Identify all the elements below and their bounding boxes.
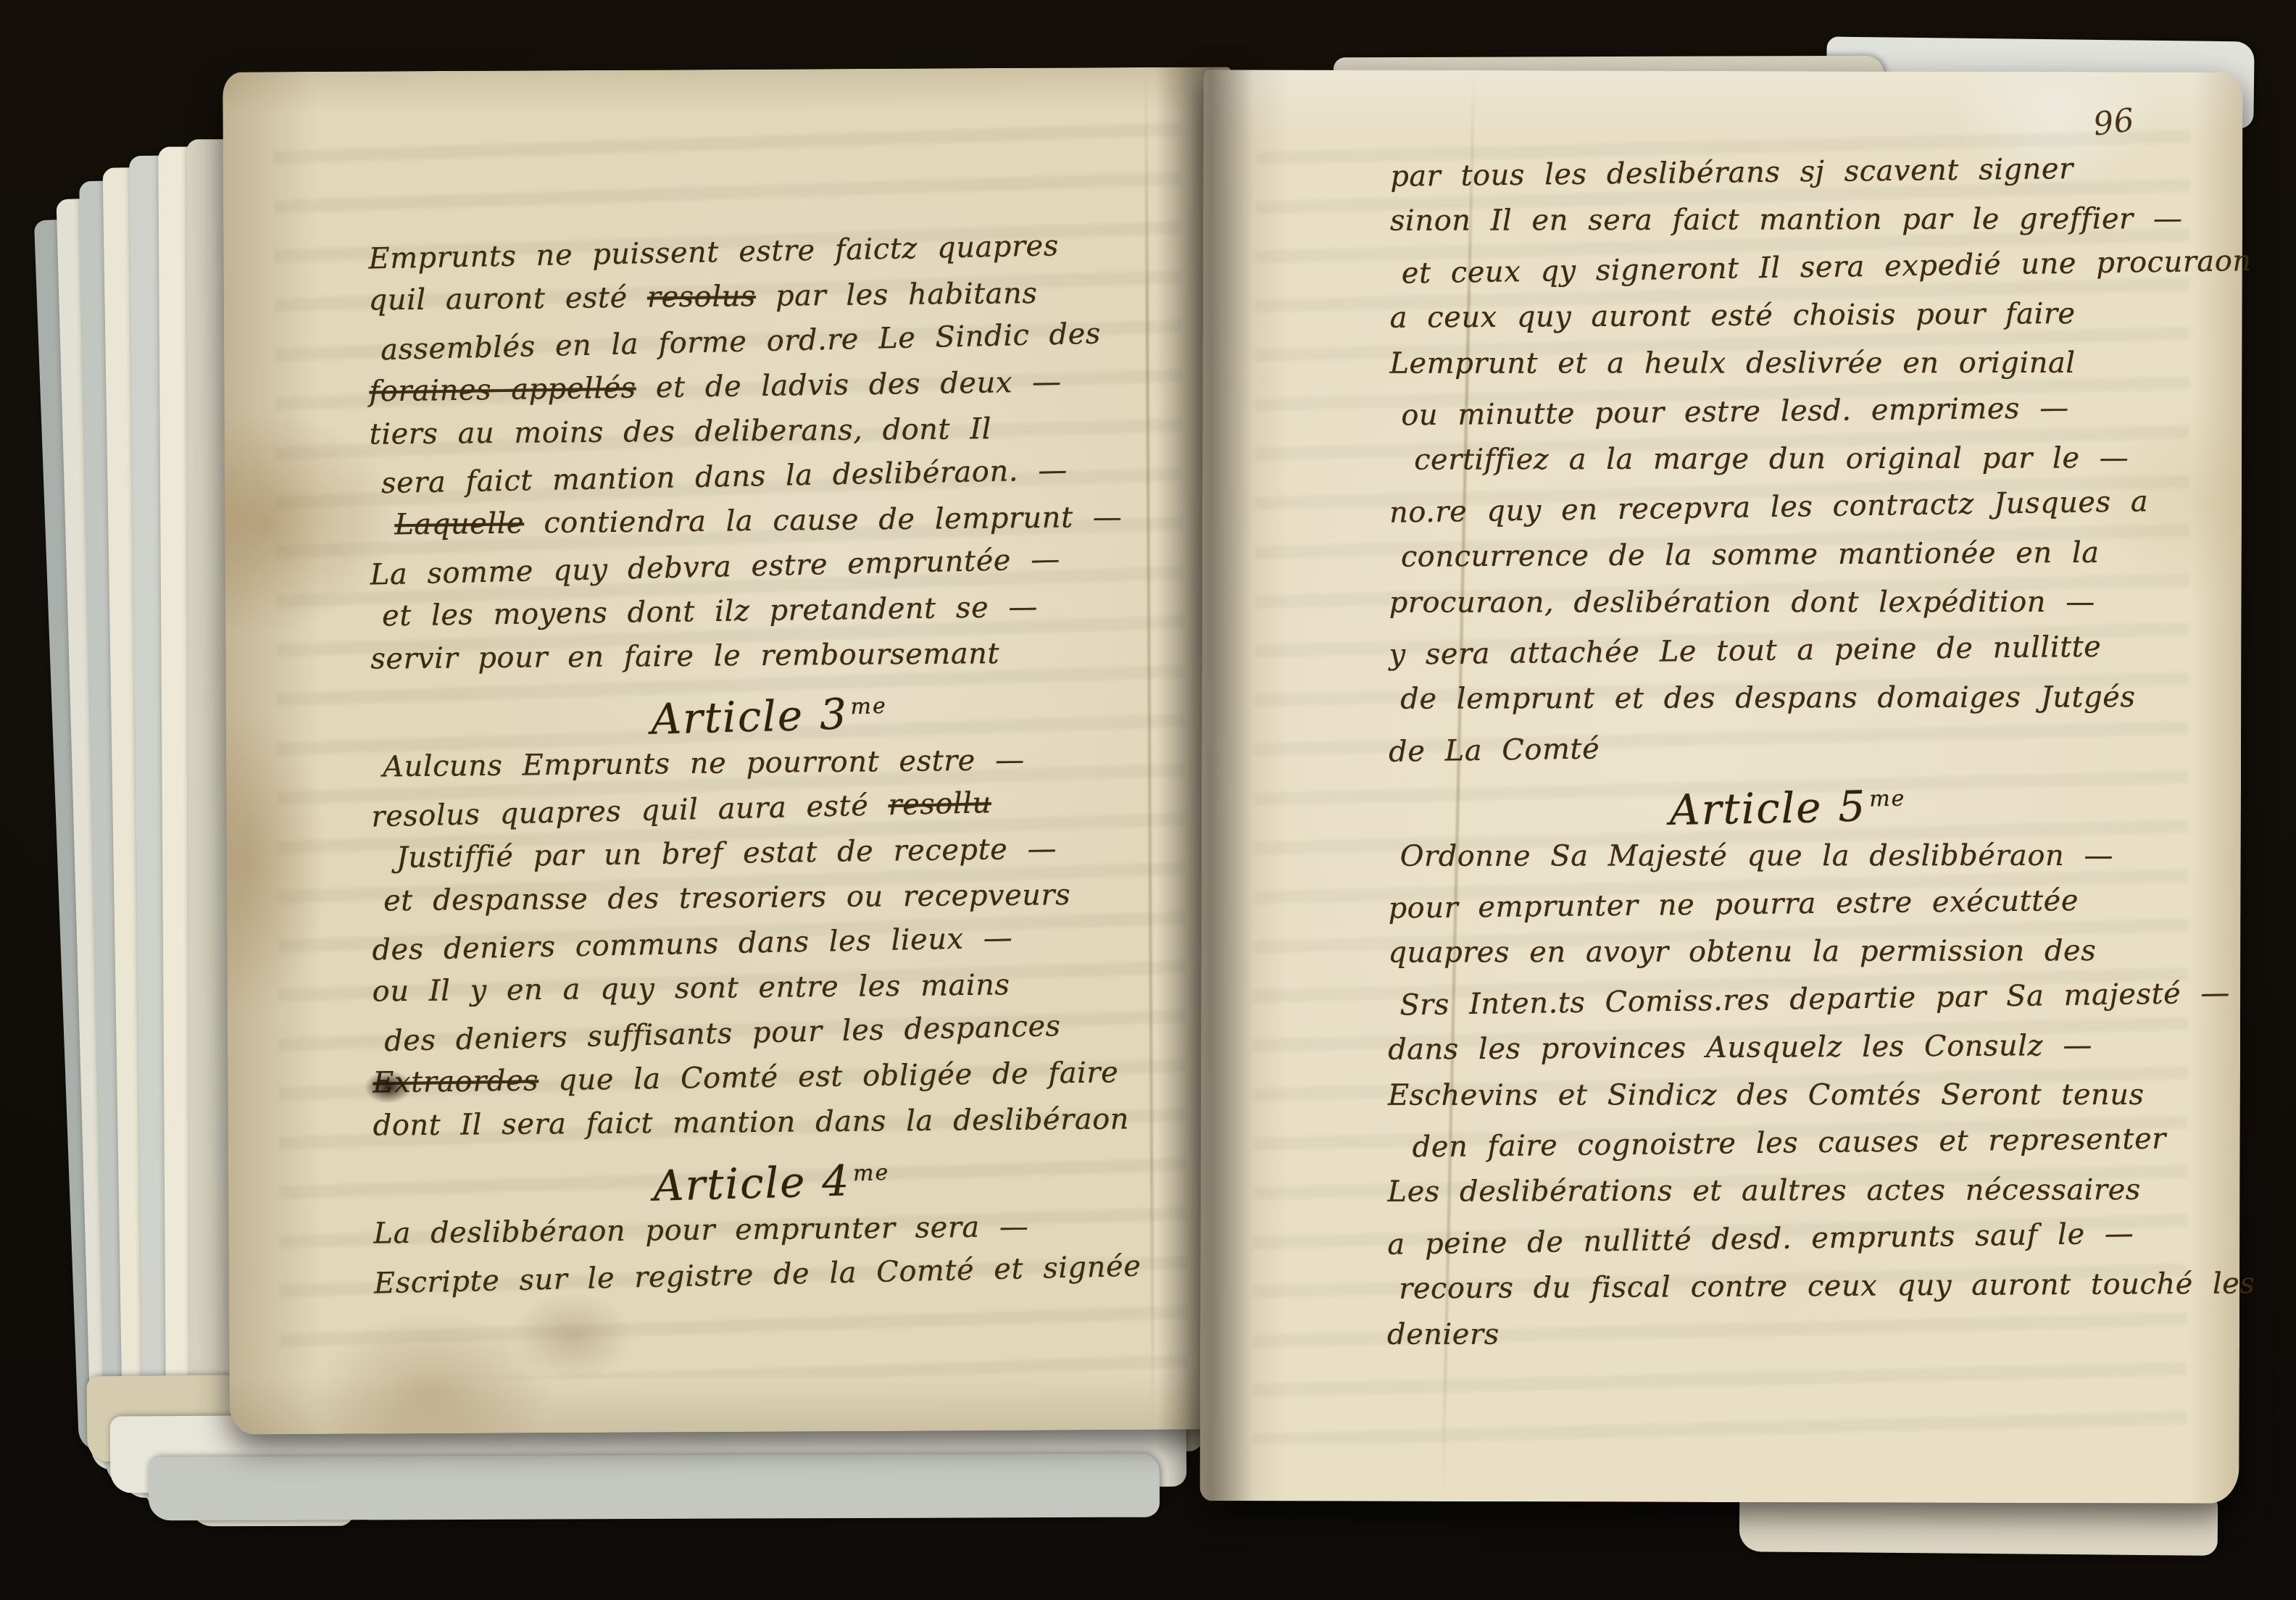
left-page: Emprunts ne puissent estre faictz quapre… [222, 67, 1239, 1434]
struck-word: resolus [647, 280, 756, 314]
manuscript-line: et ceux qy signeront Il sera expedié une… [1389, 239, 2216, 299]
manuscript-line: pour emprunter ne pourra estre exécuttée [1388, 877, 2215, 934]
right-page: 96 par tous les deslibérans sj scavent s… [1199, 70, 2242, 1504]
struck-word: resollu [888, 786, 991, 822]
manuscript-line: den faire cognoistre les causes et repre… [1387, 1116, 2214, 1173]
struck-word: foraines appellés [369, 371, 636, 408]
manuscript-line: concurrence de la somme mantionée en la [1389, 530, 2216, 583]
stacked-page-edge-bottom [149, 1454, 1160, 1521]
manuscript-line: Eschevins et Sindicz des Comtés Seront t… [1388, 1072, 2214, 1121]
manuscript-line: recours du fiscal contre ceux quy auront… [1387, 1262, 2213, 1314]
right-page-text: par tous les deslibérans sj scavent sign… [1387, 149, 2216, 1361]
manuscript-line: de lemprunt et des despans domaiges Jutg… [1389, 675, 2215, 725]
manuscript-line: y sera attachée Le tout a peine de nulli… [1389, 623, 2216, 680]
folio-number: 96 [2092, 101, 2137, 143]
left-page-text: Emprunts ne puissent estre faictz quapre… [368, 228, 1197, 1301]
manuscript-line: quapres en avoyr obtenu la permission de… [1388, 928, 2214, 978]
manuscript-line: sinon Il en sera faict mantion par le gr… [1390, 196, 2216, 246]
struck-word-ink-blot: Extraordes [373, 1064, 538, 1099]
manuscript-book-spread: Emprunts ne puissent estre faictz quapre… [0, 0, 2296, 1600]
manuscript-line: ou minutte pour estre lesd. emprimes — [1389, 384, 2216, 441]
manuscript-line: certiffiez a la marge dun original par l… [1389, 436, 2216, 486]
manuscript-line: Lemprunt et a heulx deslivrée en origina… [1389, 341, 2216, 389]
manuscript-line: Les deslibérations et aultres actes néce… [1387, 1167, 2213, 1217]
struck-word: Laquelle [394, 507, 524, 541]
manuscript-line: a ceux quy auront esté choisis pour fair… [1390, 291, 2216, 343]
manuscript-line: no.re quy en recepvra les contractz Jusq… [1389, 478, 2216, 538]
manuscript-line: Ordonne Sa Majesté que la deslibbéraon — [1389, 833, 2215, 882]
manuscript-line: a peine de nullitté desd. emprunts sauf … [1387, 1210, 2214, 1270]
manuscript-line: par tous les deslibérans sj scavent sign… [1390, 145, 2217, 202]
manuscript-line: Srs Inten.ts Comiss.res departie par Sa … [1388, 971, 2215, 1031]
manuscript-line: dans les provinces Ausquelz les Consulz … [1388, 1022, 2214, 1075]
manuscript-line: deniers [1387, 1312, 2213, 1360]
manuscript-line: procuraon, deslibération dont lexpéditio… [1389, 580, 2216, 628]
